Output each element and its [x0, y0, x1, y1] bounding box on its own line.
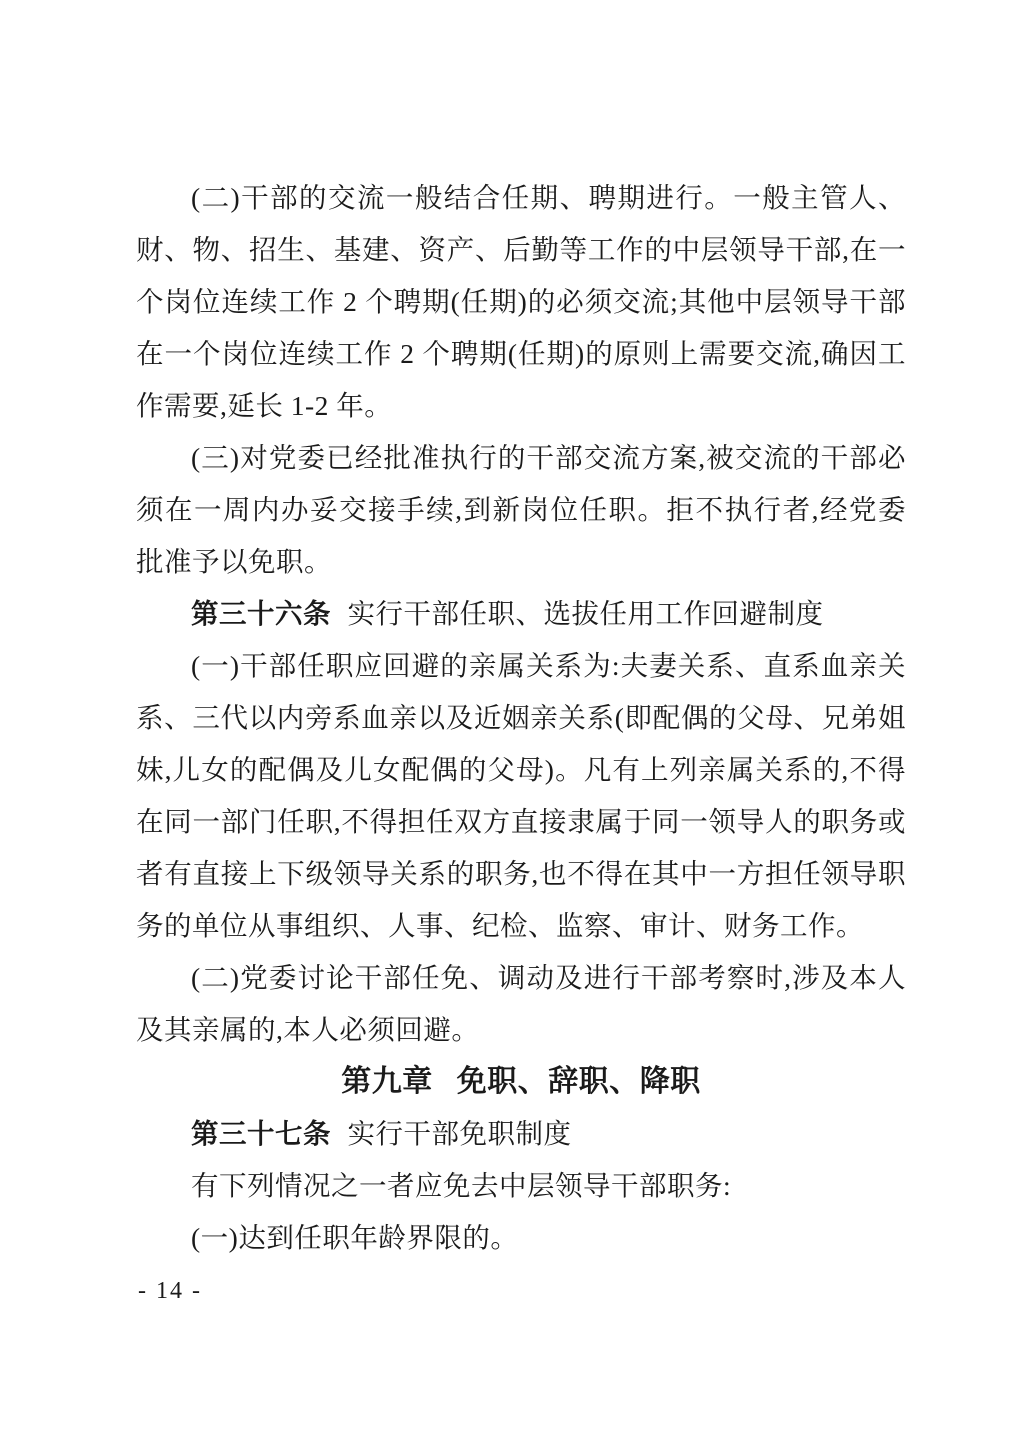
- article-36-paragraph: 第三十六条实行干部任职、选拔任用工作回避制度: [136, 588, 906, 640]
- document-page: (二)干部的交流一般结合任期、聘期进行。一般主管人、财、物、招生、基建、资产、后…: [0, 0, 1024, 1448]
- paragraph-avoidance-discussion: (二)党委讨论干部任免、调动及进行干部考察时,涉及本人及其亲属的,本人必须回避。: [136, 952, 906, 1056]
- paragraph-avoidance-kinship: (一)干部任职应回避的亲属关系为:夫妻关系、直系血亲关系、三代以内旁系血亲以及近…: [136, 640, 906, 952]
- article-37-number: 第三十七条: [191, 1118, 331, 1149]
- paragraph-dismissal-conditions-intro: 有下列情况之一者应免去中层领导干部职务:: [136, 1160, 906, 1212]
- chapter-9-number: 第九章: [341, 1065, 433, 1098]
- document-body: (二)干部的交流一般结合任期、聘期进行。一般主管人、财、物、招生、基建、资产、后…: [136, 172, 906, 1264]
- chapter-9-heading: 第九章免职、辞职、降职: [136, 1056, 906, 1108]
- paragraph-exchange-execution: (三)对党委已经批准执行的干部交流方案,被交流的干部必须在一周内办妥交接手续,到…: [136, 432, 906, 588]
- article-37-title: 实行干部免职制度: [348, 1118, 572, 1149]
- chapter-9-title: 免职、辞职、降职: [457, 1065, 701, 1098]
- article-37-paragraph: 第三十七条实行干部免职制度: [136, 1108, 906, 1160]
- paragraph-cadre-exchange-terms: (二)干部的交流一般结合任期、聘期进行。一般主管人、财、物、招生、基建、资产、后…: [136, 172, 906, 432]
- article-36-title: 实行干部任职、选拔任用工作回避制度: [348, 598, 824, 629]
- paragraph-dismissal-condition-1: (一)达到任职年龄界限的。: [136, 1212, 906, 1264]
- article-36-number: 第三十六条: [191, 598, 331, 629]
- page-number: - 14 -: [138, 1276, 202, 1306]
